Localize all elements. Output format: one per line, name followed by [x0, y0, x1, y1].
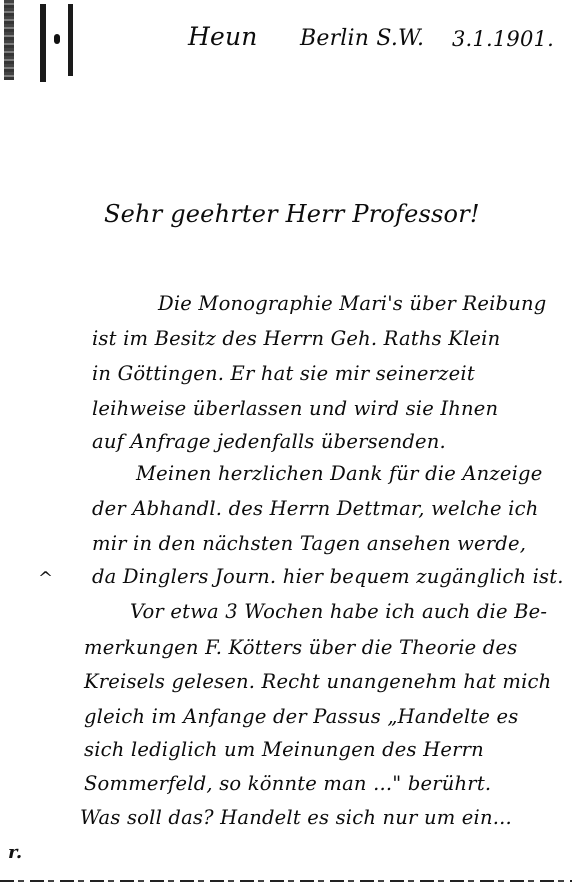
- scan-bottom-edge: [0, 880, 572, 882]
- body-line: der Abhandl. des Herrn Dettmar, welche i…: [92, 497, 538, 520]
- body-line: Kreisels gelesen. Recht unangenehm hat m…: [84, 670, 551, 693]
- body-line: gleich im Anfange der Passus „Handelte e…: [84, 705, 518, 728]
- body-line: mir in den nächsten Tagen ansehen werde,: [92, 532, 526, 555]
- body-line: merkungen F. Kötters über die Theorie de…: [84, 636, 517, 659]
- scan-artifact-left: [4, 0, 14, 80]
- body-line: in Göttingen. Er hat sie mir seinerzeit: [92, 362, 475, 385]
- body-line: leihweise überlassen und wird sie Ihnen: [92, 397, 498, 420]
- body-line: auf Anfrage jedenfalls übersenden.: [92, 430, 446, 453]
- letter-page: Heun Berlin S.W. 3.1.1901. Sehr geehrter…: [0, 0, 572, 891]
- body-line: Sommerfeld, so könnte man ..." berührt.: [84, 772, 491, 795]
- letter-author: Heun: [188, 22, 258, 51]
- scan-artifact-binding: [40, 4, 76, 84]
- body-line: ist im Besitz des Herrn Geh. Raths Klein: [92, 327, 500, 350]
- letter-place: Berlin S.W.: [300, 26, 424, 51]
- body-line: Was soll das? Handelt es sich nur um ein…: [80, 806, 512, 829]
- body-line: Die Monographie Mari's über Reibung: [158, 292, 546, 315]
- letter-date: 3.1.1901.: [452, 27, 554, 51]
- margin-mark: r.: [8, 842, 22, 863]
- body-line: Vor etwa 3 Wochen habe ich auch die Be-: [130, 600, 547, 623]
- margin-mark: ^: [38, 568, 53, 589]
- salutation: Sehr geehrter Herr Professor!: [104, 200, 480, 228]
- body-line: sich lediglich um Meinungen des Herrn: [84, 738, 484, 761]
- body-line: da Dinglers Journ. hier bequem zugänglic…: [92, 565, 564, 588]
- body-line: Meinen herzlichen Dank für die Anzeige: [136, 462, 542, 485]
